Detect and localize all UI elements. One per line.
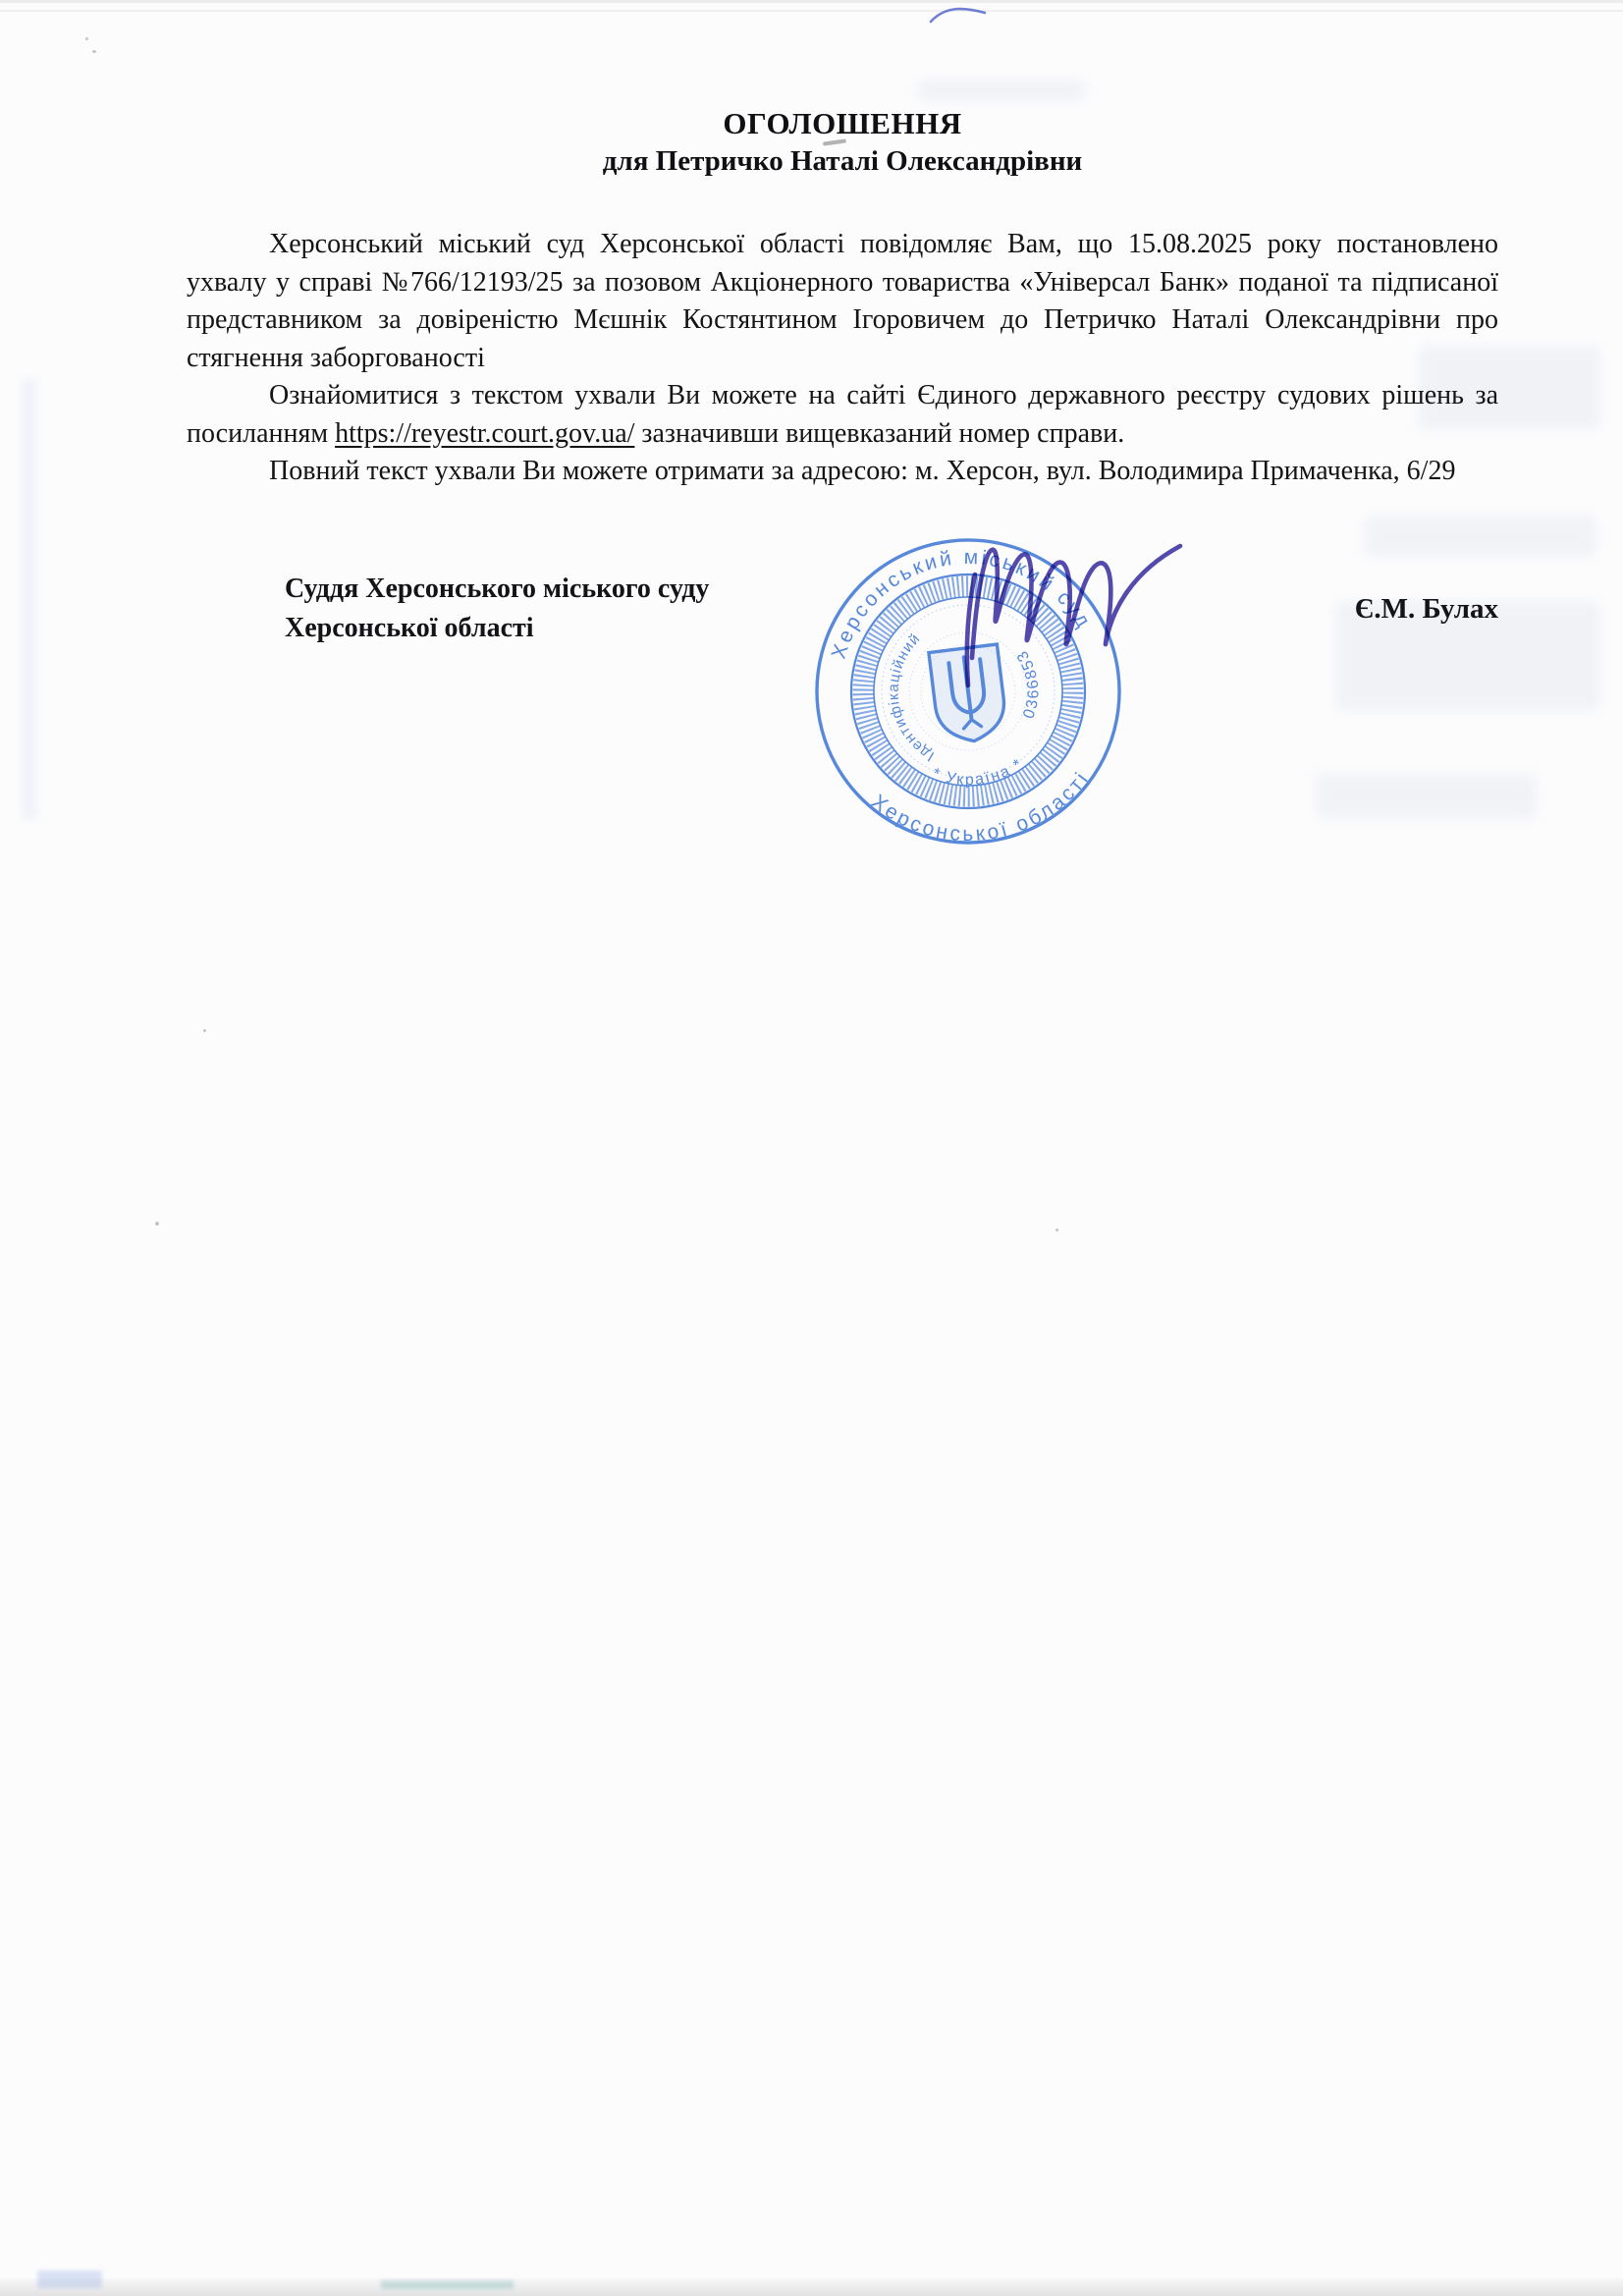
scan-speck	[85, 37, 88, 40]
scan-smudge	[37, 2270, 102, 2288]
scan-speck	[92, 50, 96, 53]
judge-position-line2: Херсонської області	[285, 609, 709, 648]
stamp-inner-left-text: Ідентифікаційний	[878, 629, 939, 769]
scan-edge-top	[0, 0, 1623, 3]
doc-subtitle: для Петричко Наталі Олександрівни	[187, 145, 1498, 178]
paragraph-address: Повний текст ухвали Ви можете отримати з…	[187, 453, 1498, 491]
paragraph-notice: Херсонський міський суд Херсонської обла…	[187, 226, 1498, 377]
doc-body: Херсонський міський суд Херсонської обла…	[187, 226, 1498, 491]
paragraph-registry: Ознайомитися з текстом ухвали Ви можете …	[187, 377, 1498, 453]
scanned-court-announcement-page: ОГОЛОШЕННЯ для Петричко Наталі Олександр…	[0, 0, 1623, 2296]
judge-name: Є.М. Булах	[1355, 593, 1498, 626]
bleed-through-ghost	[1316, 774, 1537, 819]
registry-link[interactable]: https://reyestr.court.gov.ua/	[335, 418, 634, 449]
pen-scribble-icon	[928, 2, 989, 27]
scan-speck	[203, 1029, 206, 1032]
bleed-through-ghost	[1365, 516, 1596, 557]
judge-signature-ink-icon	[933, 530, 1198, 707]
scan-line-top	[0, 10, 1623, 12]
doc-title: ОГОЛОШЕННЯ	[187, 106, 1498, 141]
scan-speck	[1055, 1229, 1058, 1231]
bleed-through-ghost	[918, 79, 1085, 102]
bleed-through-ghost	[22, 378, 37, 820]
scan-edge-bottom	[0, 2278, 1623, 2296]
judge-position: Суддя Херсонського міського суду Херсонс…	[285, 570, 709, 648]
paragraph-registry-suffix: зазначивши вищевказаний номер справи.	[634, 418, 1124, 449]
scan-smudge	[381, 2280, 514, 2289]
judge-position-line1: Суддя Херсонського міського суду	[285, 570, 709, 609]
scan-speck	[155, 1222, 159, 1226]
